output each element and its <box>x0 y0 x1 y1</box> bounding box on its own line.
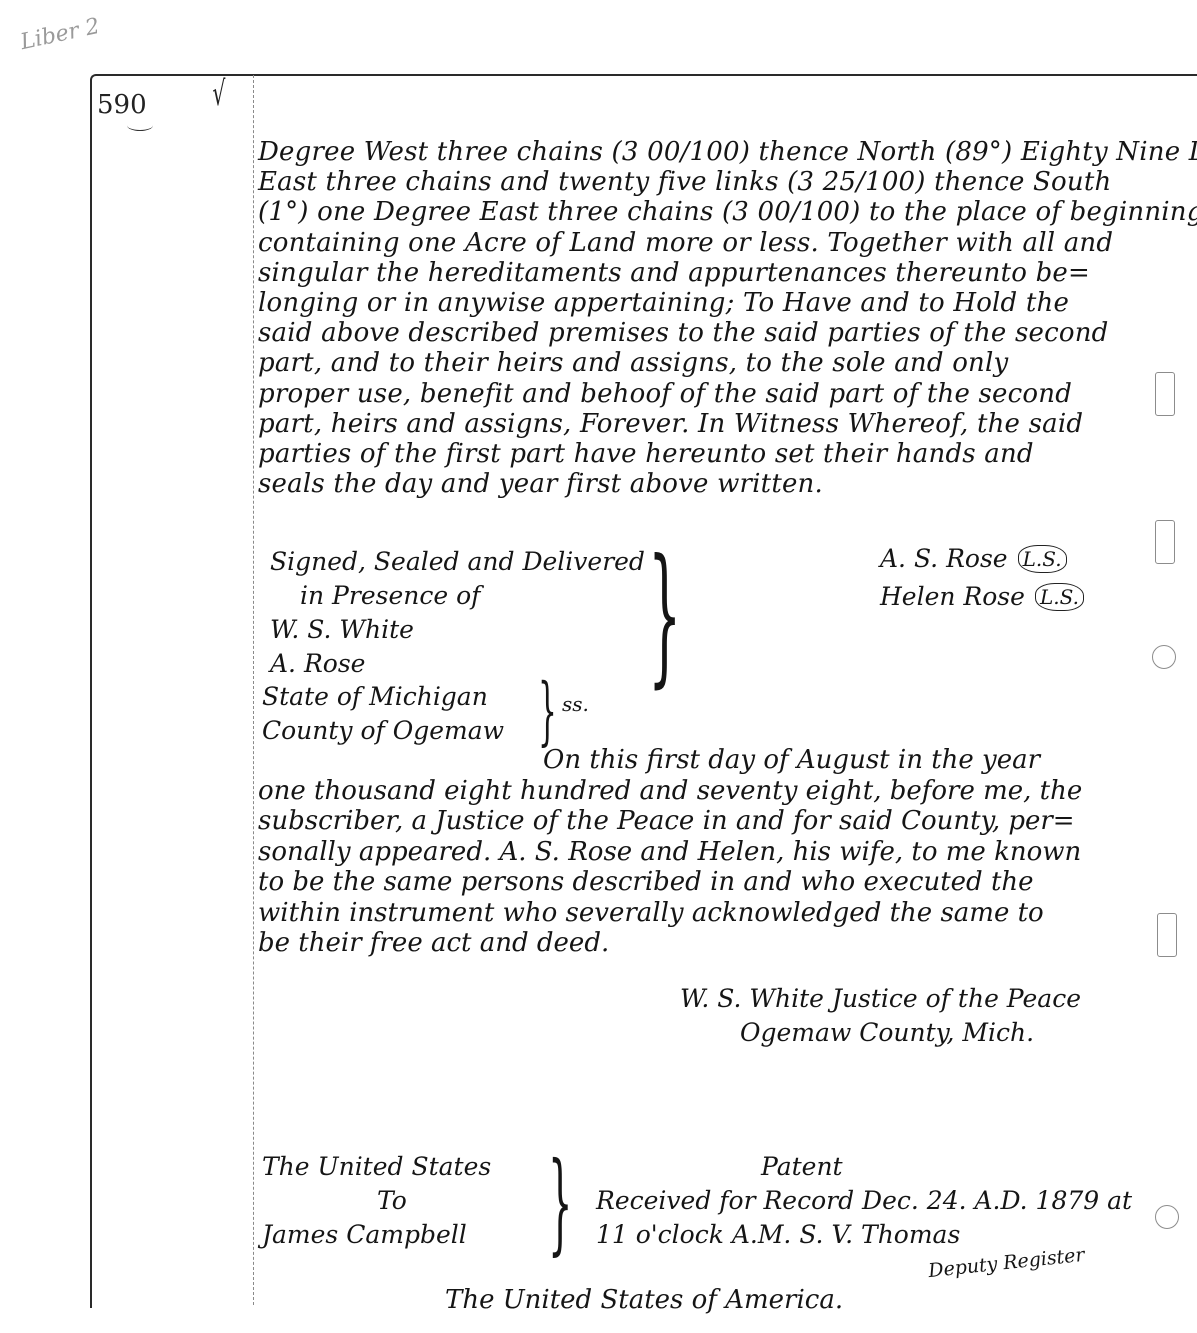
patent-to: To <box>262 1184 491 1218</box>
margin-rule <box>253 75 254 1305</box>
deed-line: East three chains and twenty five links … <box>258 167 1188 197</box>
patent-instrument: Patent <box>596 1150 1132 1184</box>
ack-line: subscriber, a Justice of the Peace in an… <box>258 806 1188 837</box>
patent-brace: } <box>548 1138 573 1266</box>
signer-name: Helen Rose <box>880 579 1025 615</box>
witness-name: A. Rose <box>270 647 645 681</box>
punch-hole-icon <box>1155 372 1175 416</box>
page-number: 590 <box>97 90 147 120</box>
venue-ss: ss. <box>562 692 589 716</box>
punch-hole-icon <box>1157 913 1177 957</box>
witness-name: W. S. White <box>270 613 645 647</box>
ack-line: to be the same persons described in and … <box>258 867 1188 898</box>
deed-line: containing one Acre of Land more or less… <box>258 228 1188 258</box>
patent-grantor: The United States <box>262 1150 491 1184</box>
witness-brace: } <box>648 528 681 702</box>
signers: A. S. Rose L.S. Helen Rose L.S. <box>880 540 1084 616</box>
justice-county: Ogemaw County, Mich. <box>680 1016 1081 1050</box>
venue-brace: } <box>538 668 557 754</box>
witness-block: Signed, Sealed and Delivered in Presence… <box>270 545 645 681</box>
ack-line: one thousand eight hundred and seventy e… <box>258 776 1188 807</box>
check-mark-icon: √ <box>212 74 225 114</box>
venue: State of Michigan County of Ogemaw <box>262 680 504 748</box>
deed-line: singular the hereditaments and appurtena… <box>258 258 1188 288</box>
closing-heading: The United States of America. <box>445 1285 843 1315</box>
justice-name: W. S. White Justice of the Peace <box>680 982 1081 1016</box>
deed-line: part, heirs and assigns, Forever. In Wit… <box>258 409 1188 439</box>
signer-name: A. S. Rose <box>880 541 1008 577</box>
deed-line: parties of the first part have hereunto … <box>258 439 1188 469</box>
patent-grantee: James Campbell <box>262 1218 491 1252</box>
patent-received: Received for Record Dec. 24. A.D. 1879 a… <box>596 1184 1132 1218</box>
signer-row: Helen Rose L.S. <box>880 578 1084 616</box>
deed-body: Degree West three chains (3 00/100) then… <box>258 137 1188 499</box>
ack-line: sonally appeared. A. S. Rose and Helen, … <box>258 837 1188 868</box>
deed-line: part, and to their heirs and assigns, to… <box>258 348 1188 378</box>
ack-line: On this first day of August in the year <box>258 745 1188 776</box>
ack-line: be their free act and deed. <box>258 928 1188 959</box>
witness-subheading: in Presence of <box>270 579 645 613</box>
punch-hole-icon <box>1155 520 1175 564</box>
justice-signature: W. S. White Justice of the Peace Ogemaw … <box>680 982 1081 1050</box>
seal-icon: L.S. <box>1018 545 1067 573</box>
acknowledgment: On this first day of August in the year … <box>258 745 1188 959</box>
venue-county: County of Ogemaw <box>262 714 504 748</box>
patent-record: Patent Received for Record Dec. 24. A.D.… <box>596 1150 1132 1252</box>
patent-parties: The United States To James Campbell <box>262 1150 491 1252</box>
page-number-underline <box>127 120 153 131</box>
pencil-note: Liber 2 <box>18 14 102 55</box>
seal-icon: L.S. <box>1035 583 1084 611</box>
deed-line: longing or in anywise appertaining; To H… <box>258 288 1188 318</box>
ack-line: within instrument who severally acknowle… <box>258 898 1188 929</box>
venue-state: State of Michigan <box>262 680 504 714</box>
deed-line: said above described premises to the sai… <box>258 318 1188 348</box>
deed-line: proper use, benefit and behoof of the sa… <box>258 379 1188 409</box>
punch-hole-icon <box>1152 645 1176 669</box>
deed-line: (1°) one Degree East three chains (3 00/… <box>258 197 1188 227</box>
deed-line: Degree West three chains (3 00/100) then… <box>258 137 1188 167</box>
witness-heading: Signed, Sealed and Delivered <box>270 545 645 579</box>
punch-hole-icon <box>1155 1205 1179 1229</box>
signer-row: A. S. Rose L.S. <box>880 540 1084 578</box>
deed-line: seals the day and year first above writt… <box>258 469 1188 499</box>
